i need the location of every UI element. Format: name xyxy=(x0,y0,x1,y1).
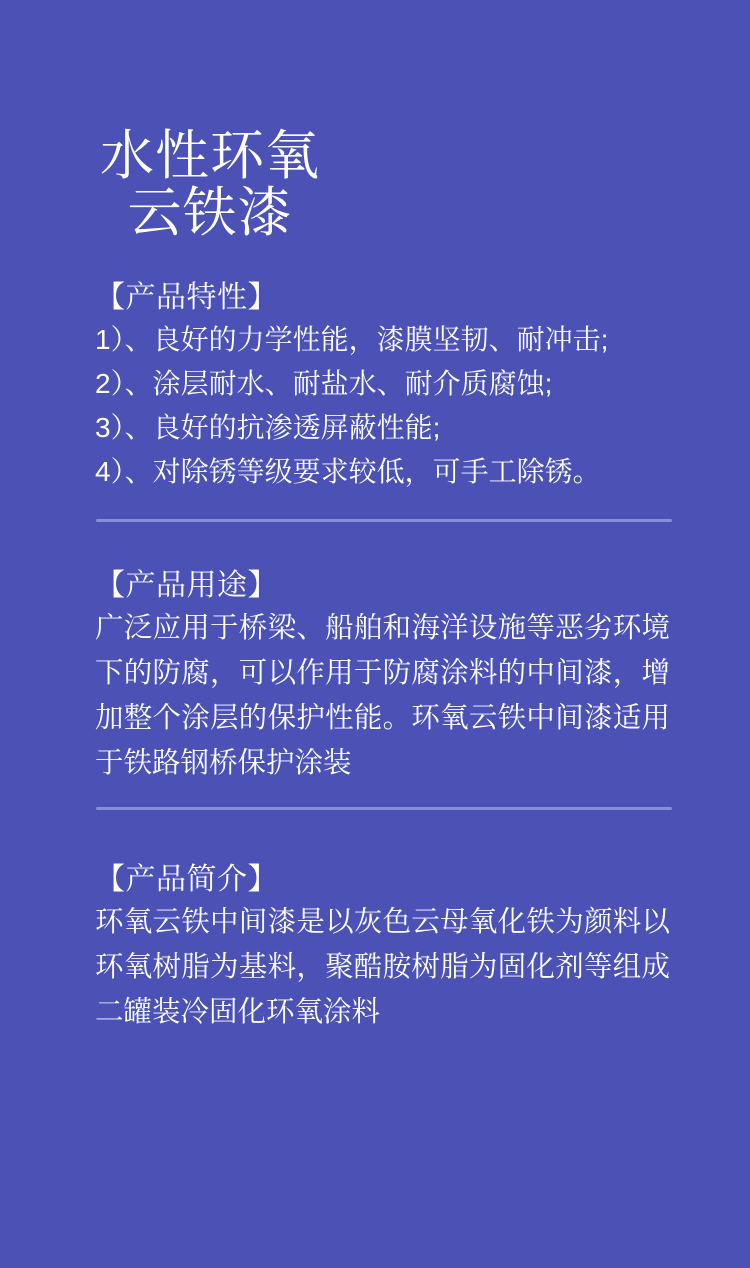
features-list: 1）、良好的力学性能，漆膜坚韧、耐冲击; 2）、涂层耐水、耐盐水、耐介质腐蚀; … xyxy=(95,318,670,494)
usage-body: 广泛应用于桥梁、船舶和海洋设施等恶劣环境下的防腐，可以作用于防腐涂料的中间漆，增… xyxy=(95,606,670,786)
section-usage: 【产品用途】 广泛应用于桥梁、船舶和海洋设施等恶劣环境下的防腐，可以作用于防腐涂… xyxy=(0,566,750,786)
feature-item-1: 1）、良好的力学性能，漆膜坚韧、耐冲击; xyxy=(95,318,670,362)
product-title-line2: 云铁漆 xyxy=(100,185,320,242)
feature-item-2: 2）、涂层耐水、耐盐水、耐介质腐蚀; xyxy=(95,362,670,406)
section-intro: 【产品简介】 环氧云铁中间漆是以灰色云母氧化铁为颜料以环氧树脂为基料，聚酷胺树脂… xyxy=(0,860,750,1035)
product-title-line1: 水性环氧 xyxy=(100,128,320,185)
product-title: 水性环氧 云铁漆 xyxy=(100,128,320,242)
section-divider xyxy=(96,807,672,810)
intro-body: 环氧云铁中间漆是以灰色云母氧化铁为颜料以环氧树脂为基料，聚酷胺树脂为固化剂等组成… xyxy=(95,900,670,1035)
intro-heading: 【产品简介】 xyxy=(95,860,670,900)
feature-item-4: 4）、对除锈等级要求较低，可手工除锈。 xyxy=(95,450,670,494)
usage-heading: 【产品用途】 xyxy=(95,566,670,606)
section-features: 【产品特性】 1）、良好的力学性能，漆膜坚韧、耐冲击; 2）、涂层耐水、耐盐水、… xyxy=(0,278,750,494)
section-divider xyxy=(96,519,672,522)
feature-item-3: 3）、良好的抗渗透屏蔽性能; xyxy=(95,406,670,450)
product-detail-page: 水性环氧 云铁漆 【产品特性】 1）、良好的力学性能，漆膜坚韧、耐冲击; 2）、… xyxy=(0,0,750,1268)
features-heading: 【产品特性】 xyxy=(95,278,670,318)
